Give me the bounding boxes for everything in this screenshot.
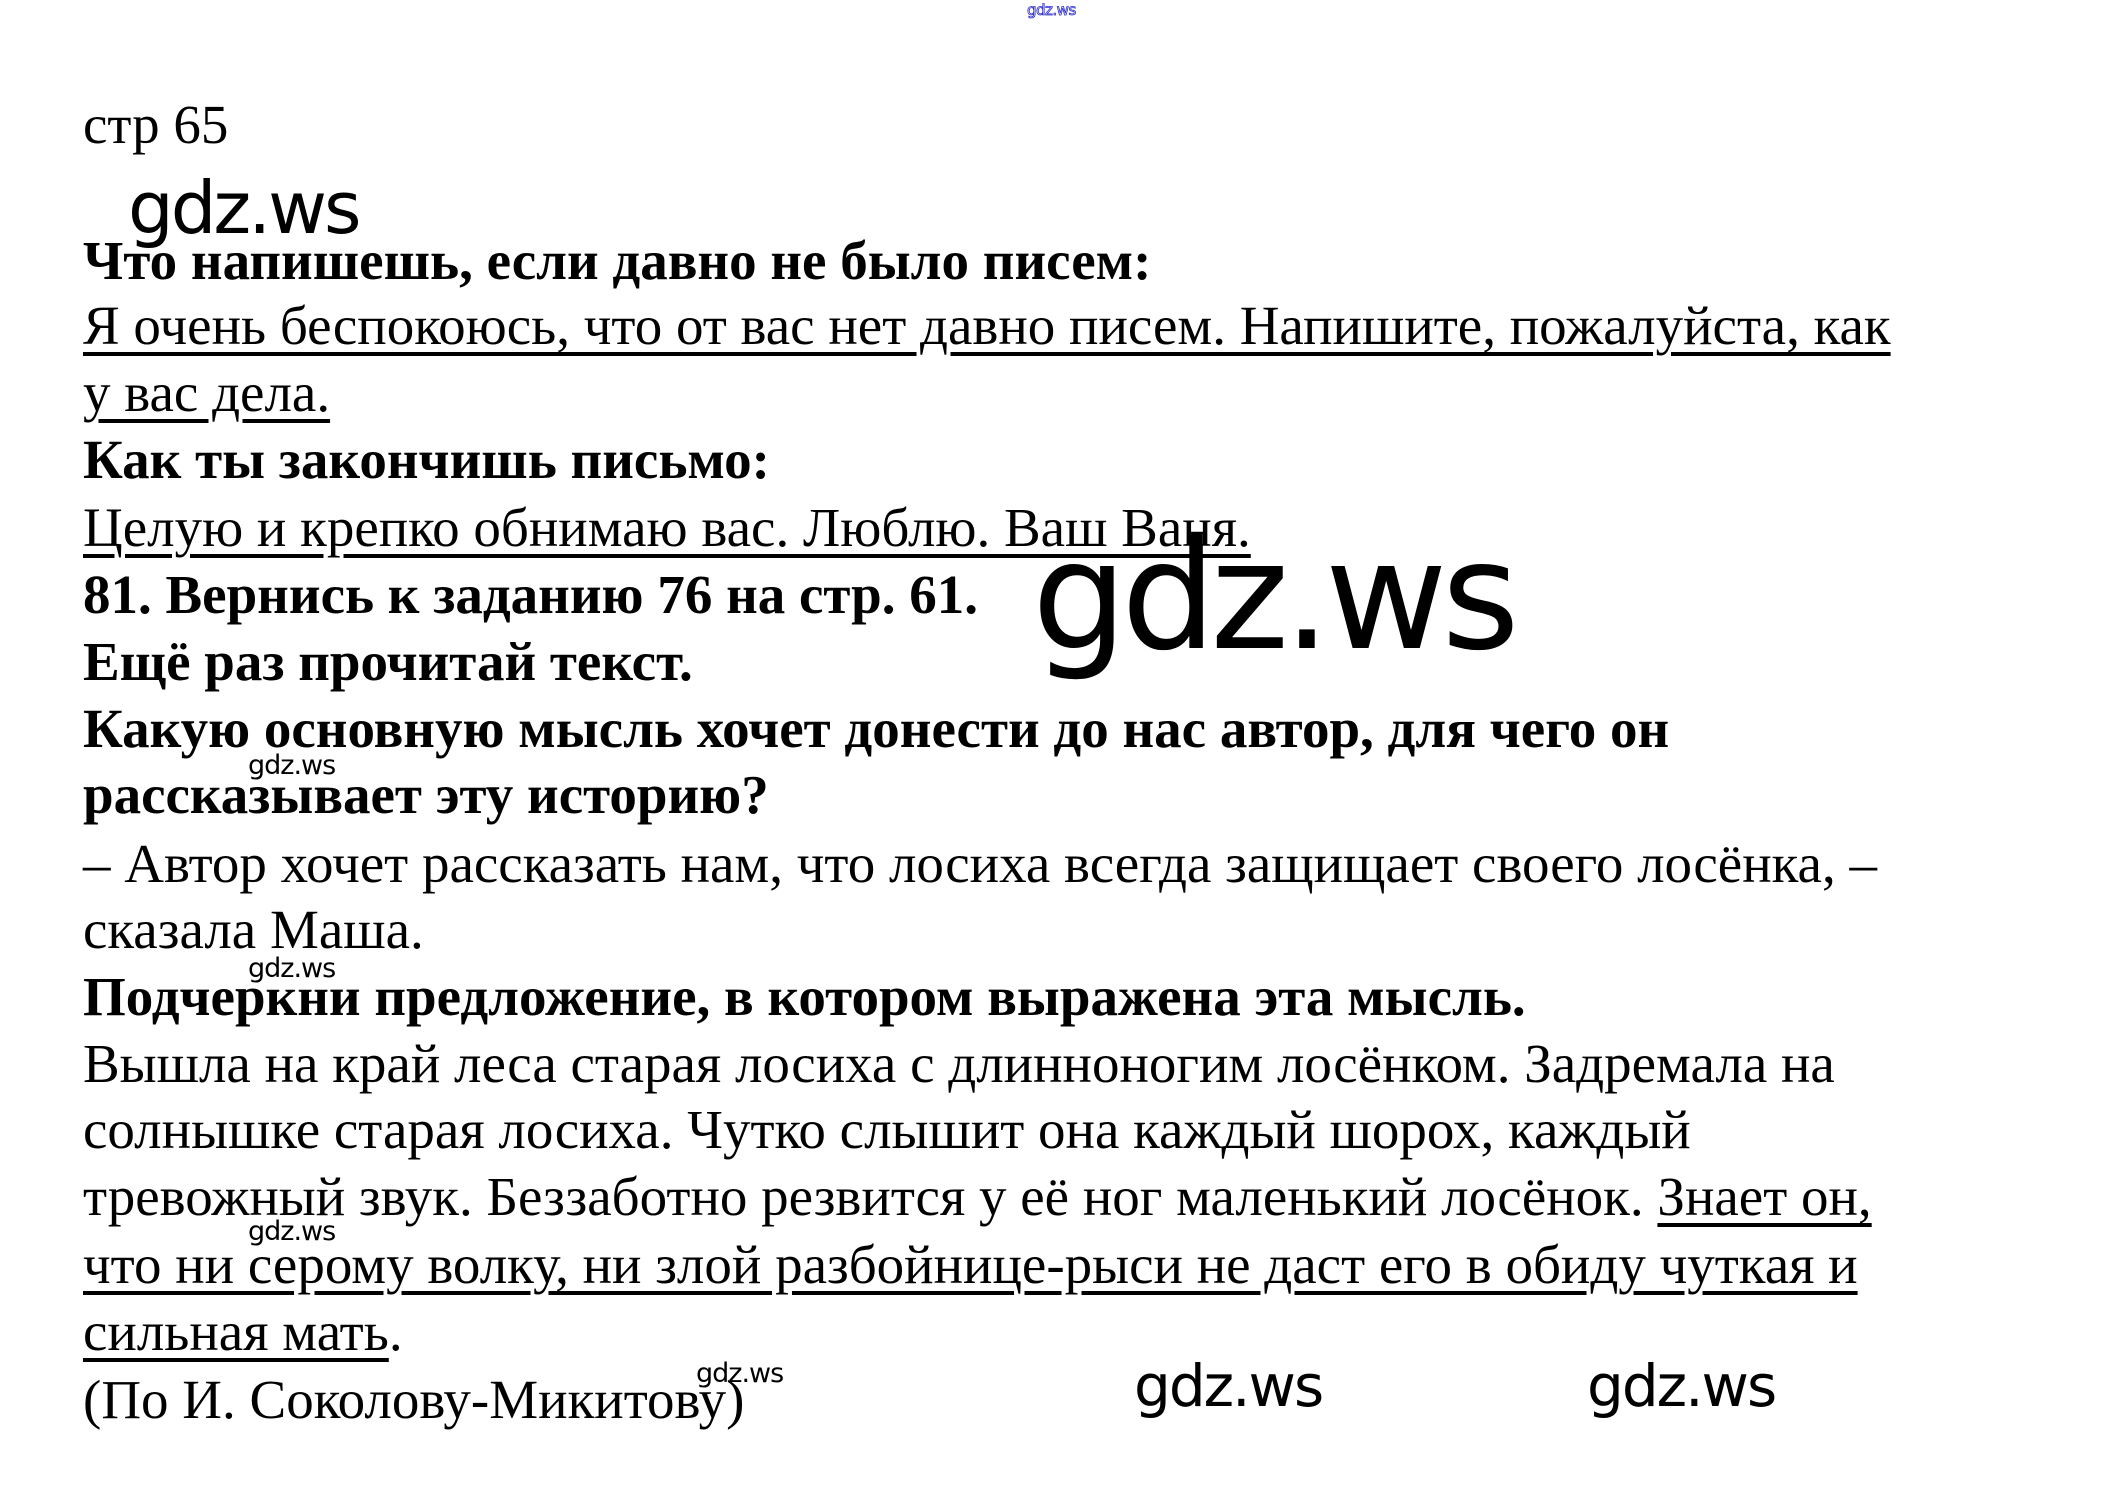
story-line-5-plain: . xyxy=(389,1301,403,1362)
watermark-top: gdz.ws xyxy=(1027,3,1076,18)
answer-no-letters-line-1: Я очень беспокоюсь, что от вас нет давно… xyxy=(83,292,1891,359)
watermark-bottom-1: gdz.ws xyxy=(1134,1357,1322,1415)
watermark-bottom-2: gdz.ws xyxy=(1587,1357,1775,1415)
story-attribution: (По И. Соколову-Микитову) xyxy=(83,1366,744,1433)
story-line-4-underlined: что ни серому волку, ни злой разбойнице-… xyxy=(83,1231,1858,1298)
watermark-center-big: gdz.ws xyxy=(1032,522,1514,672)
task-81-answer-line-1: – Автор хочет рассказать нам, что лосиха… xyxy=(83,830,1877,897)
answer-no-letters-line-2: у вас дела. xyxy=(83,359,330,426)
document-page: gdz.ws стр 65 gdz.ws Что напишешь, если … xyxy=(0,0,2108,1494)
story-line-3-underlined: Знает он, xyxy=(1657,1166,1871,1227)
task-81-question-line-2: рассказывает эту историю? xyxy=(83,761,769,828)
story-line-5: сильная мать. xyxy=(83,1298,403,1365)
page-label: стр 65 xyxy=(83,91,228,158)
task-81-title: 81. Вернись к заданию 76 на стр. 61. xyxy=(83,561,978,628)
question-letter-ending: Как ты закончишь письмо: xyxy=(83,426,770,493)
story-line-5-underlined: сильная мать xyxy=(83,1301,389,1362)
question-no-letters: Что напишешь, если давно не было писем: xyxy=(83,227,1151,294)
task-81-instruction-underline: Подчеркни предложение, в котором выражен… xyxy=(83,963,1526,1030)
story-line-3: тревожный звук. Беззаботно резвится у её… xyxy=(83,1163,1872,1230)
task-81-instruction-read: Ещё раз прочитай текст. xyxy=(83,628,693,695)
story-line-2: солнышке старая лосиха. Чутко слышит она… xyxy=(83,1096,1691,1163)
story-line-1: Вышла на край леса старая лосиха с длинн… xyxy=(83,1030,1835,1097)
